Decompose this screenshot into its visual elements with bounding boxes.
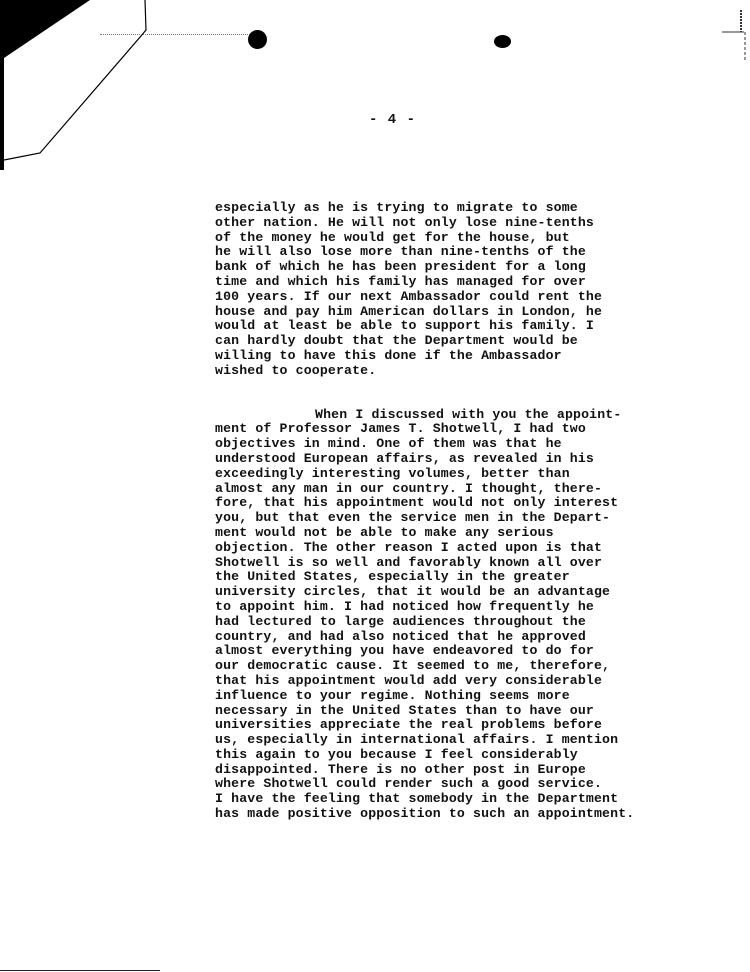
text-line: our democratic cause. It seemed to me, t… (215, 659, 695, 674)
fold-line (100, 34, 260, 35)
text-line: to appoint him. I had noticed how freque… (215, 600, 695, 615)
text-line: house and pay him American dollars in Lo… (215, 305, 695, 320)
text-line: has made positive opposition to such an … (215, 807, 695, 822)
text-line: When I discussed with you the appoint- (215, 408, 695, 423)
text-line: objectives in mind. One of them was that… (215, 437, 695, 452)
paragraph: When I discussed with you the appoint-me… (215, 408, 695, 822)
text-line: us, especially in international affairs.… (215, 733, 695, 748)
text-line: you, but that even the service men in th… (215, 511, 695, 526)
text-line: bank of which he has been president for … (215, 260, 695, 275)
bottom-edge-line (0, 970, 160, 971)
text-line: almost any man in our country. I thought… (215, 482, 695, 497)
text-line: ment would not be able to make any serio… (215, 526, 695, 541)
text-line: almost everything you have endeavored to… (215, 644, 695, 659)
text-line: this again to you because I feel conside… (215, 748, 695, 763)
text-line: I have the feeling that somebody in the … (215, 792, 695, 807)
text-line: willing to have this done if the Ambassa… (215, 349, 695, 364)
text-line: exceedingly interesting volumes, better … (215, 467, 695, 482)
text-line: wished to cooperate. (215, 364, 695, 379)
text-line: necessary in the United States than to h… (215, 704, 695, 719)
text-line: other nation. He will not only lose nine… (215, 216, 695, 231)
paragraph: especially as he is trying to migrate to… (215, 201, 695, 379)
text-line: especially as he is trying to migrate to… (215, 201, 695, 216)
text-line: universities appreciate the real problem… (215, 718, 695, 733)
text-line: understood European affairs, as revealed… (215, 452, 695, 467)
text-line: he will also lose more than nine-tenths … (215, 245, 695, 260)
text-line: where Shotwell could render such a good … (215, 777, 695, 792)
text-line: objection. The other reason I acted upon… (215, 541, 695, 556)
text-line: of the money he would get for the house,… (215, 231, 695, 246)
paragraph-gap (215, 379, 695, 408)
text-line: time and which his family has managed fo… (215, 275, 695, 290)
text-line: would at least be able to support his fa… (215, 319, 695, 334)
punch-hole-left (248, 30, 267, 49)
text-line: 100 years. If our next Ambassador could … (215, 290, 695, 305)
text-line: fore, that his appointment would not onl… (215, 496, 695, 511)
text-line: university circles, that it would be an … (215, 585, 695, 600)
page-number: - 4 - (369, 112, 416, 128)
text-line: ment of Professor James T. Shotwell, I h… (215, 422, 695, 437)
text-line: can hardly doubt that the Department wou… (215, 334, 695, 349)
text-line: disappointed. There is no other post in … (215, 763, 695, 778)
text-line: had lectured to large audiences througho… (215, 615, 695, 630)
text-line: that his appointment would add very cons… (215, 674, 695, 689)
text-line: the United States, especially in the gre… (215, 570, 695, 585)
text-line: country, and had also noticed that he ap… (215, 630, 695, 645)
scan-edge-artifact (710, 0, 750, 60)
scan-corner-artifact (0, 0, 160, 170)
scanned-letter-page: - 4 - especially as he is trying to migr… (0, 0, 750, 972)
text-line: influence to your regime. Nothing seems … (215, 689, 695, 704)
text-line: Shotwell is so well and favorably known … (215, 556, 695, 571)
letter-body: especially as he is trying to migrate to… (215, 201, 695, 822)
punch-hole-right (494, 35, 511, 48)
